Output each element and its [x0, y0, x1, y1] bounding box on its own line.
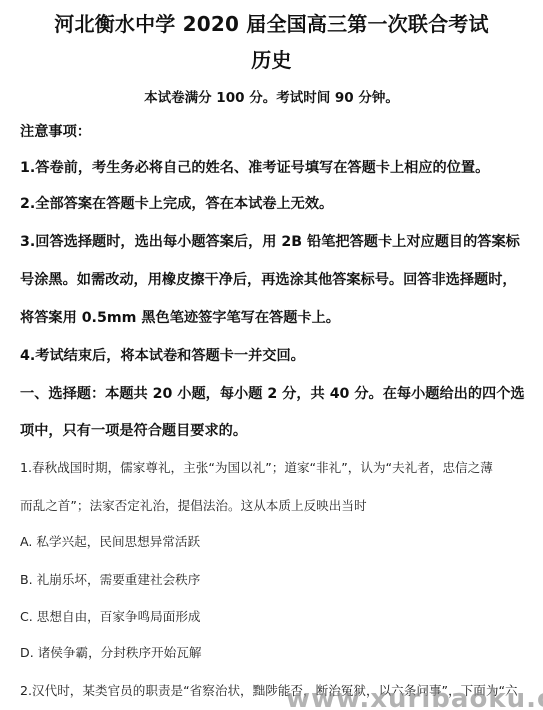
- question-1-stem-line-1: 1.春秋战国时期，儒家尊礼，主张“为国以礼”；道家“非礼”，认为“夫礼者，忠信之…: [20, 457, 493, 476]
- question-1-option-a: A. 私学兴起，民间思想异常活跃: [20, 531, 200, 550]
- question-1-option-c: C. 思想自由，百家争鸣局面形成: [20, 606, 201, 625]
- site-watermark: www.xuribaoku.com: [286, 684, 543, 710]
- notice-item-3-line-1: 3.回答选择题时，选出每小题答案后，用 2B 铅笔把答题卡上对应题目的答案标: [20, 231, 520, 251]
- notice-item-4: 4.考试结束后，将本试卷和答题卡一并交回。: [20, 345, 305, 365]
- notice-item-1: 1.答卷前，考生务必将自己的姓名、准考证号填写在答题卡上相应的位置。: [20, 157, 489, 177]
- notice-item-3-line-2: 号涂黑。如需改动，用橡皮擦干净后，再选涂其他答案标号。回答非选择题时，: [20, 269, 517, 289]
- question-1-stem-line-2: 而乱之首”；法家否定礼治，提倡法治。这从本质上反映出当时: [20, 495, 367, 514]
- exam-title: 河北衡水中学 2020 届全国高三第一次联合考试: [0, 8, 543, 37]
- question-1-option-b: B. 礼崩乐坏，需要重建社会秩序: [20, 569, 200, 588]
- subject-title: 历史: [0, 44, 543, 73]
- question-1-option-d: D. 诸侯争霸，分封秩序开始瓦解: [20, 642, 201, 661]
- notice-item-3-line-3: 将答案用 0.5mm 黑色笔迹签字笔写在答题卡上。: [20, 307, 340, 327]
- notice-heading: 注意事项：: [20, 121, 91, 141]
- section-heading-line-1: 一、选择题：本题共 20 小题，每小题 2 分，共 40 分。在每小题给出的四个…: [20, 383, 525, 403]
- notice-item-2: 2.全部答案在答题卡上完成，答在本试卷上无效。: [20, 193, 333, 213]
- score-info: 本试卷满分 100 分。考试时间 90 分钟。: [0, 86, 543, 106]
- section-heading-line-2: 项中，只有一项是符合题目要求的。: [20, 420, 247, 440]
